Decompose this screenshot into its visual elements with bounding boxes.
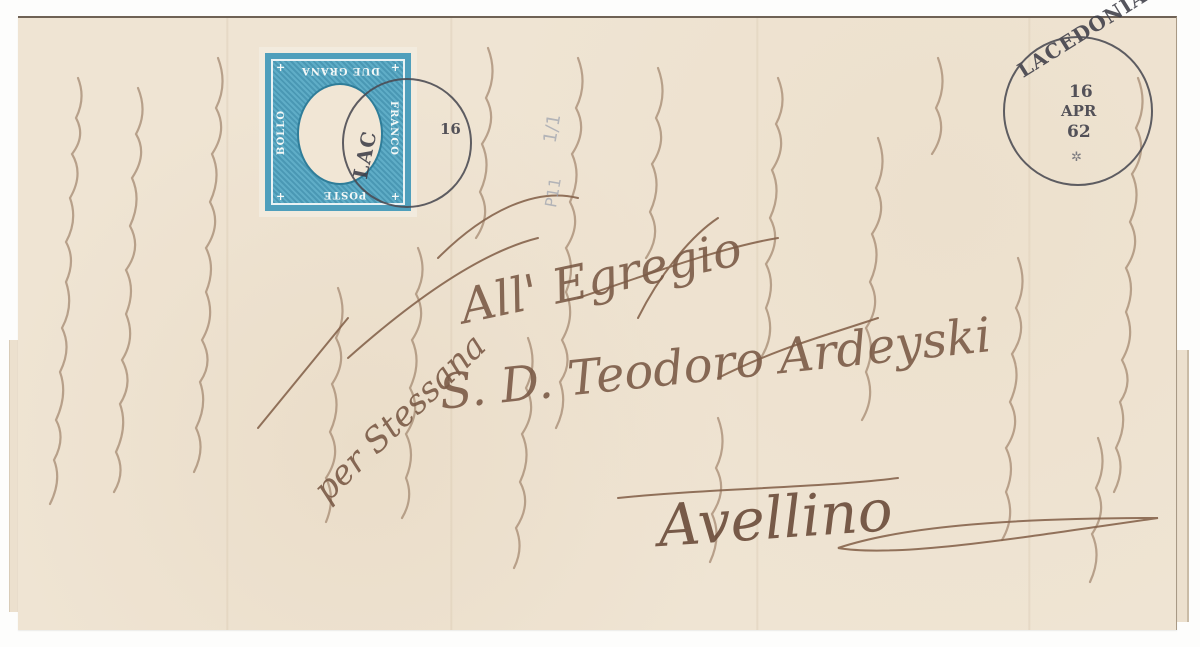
postmark-town: LAC <box>348 129 382 181</box>
postmark-day: 16 <box>1069 82 1093 102</box>
postmark-day: 16 <box>440 120 461 138</box>
cross-icon: + <box>276 61 285 74</box>
postmark-lacedonia: LACEDONIA 16 APR 62 ✲ <box>1003 36 1153 186</box>
star-ornament-icon: ✲ <box>1071 150 1082 165</box>
postmark-year: 62 <box>1067 122 1091 142</box>
postmark-month: APR <box>1061 102 1096 120</box>
stamp-bottom-text: POSTE <box>323 189 367 200</box>
cross-icon: + <box>276 190 285 203</box>
stamp-value-text: DUE GRANA <box>301 65 380 76</box>
stamp-left-text: BOLLO <box>276 110 287 155</box>
cross-icon: + <box>391 61 400 74</box>
postmark-on-stamp: LAC 16 <box>342 78 472 208</box>
